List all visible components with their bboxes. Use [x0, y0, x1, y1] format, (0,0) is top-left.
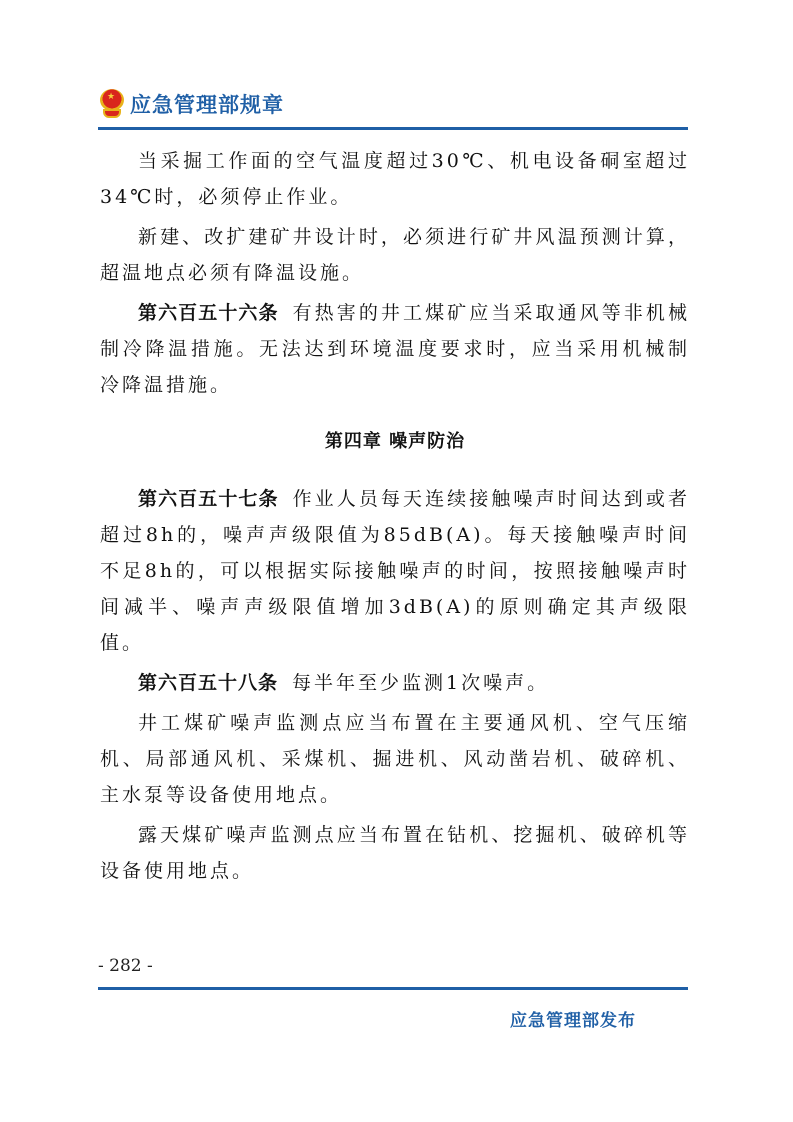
page-header: ★ 应急管理部规章	[98, 86, 284, 122]
footer-divider	[98, 987, 688, 990]
article-number: 第六百五十八条	[138, 672, 278, 694]
article-number: 第六百五十六条	[138, 302, 279, 324]
chapter-heading: 第四章 噪声防治	[100, 424, 690, 460]
header-title: 应急管理部规章	[130, 89, 284, 119]
article-657: 第六百五十七条作业人员每天连续接触噪声时间达到或者超过8h的，噪声声级限值为85…	[100, 481, 690, 661]
national-emblem-icon: ★	[98, 89, 126, 119]
paragraph: 井工煤矿噪声监测点应当布置在主要通风机、空气压缩机、局部通风机、采煤机、掘进机、…	[100, 705, 690, 813]
article-number: 第六百五十七条	[138, 488, 279, 510]
article-656: 第六百五十六条有热害的井工煤矿应当采取通风等非机械制冷降温措施。无法达到环境温度…	[100, 295, 690, 403]
document-body: 当采掘工作面的空气温度超过30℃、机电设备硐室超过34℃时，必须停止作业。 新建…	[100, 143, 690, 893]
paragraph: 当采掘工作面的空气温度超过30℃、机电设备硐室超过34℃时，必须停止作业。	[100, 143, 690, 215]
article-658: 第六百五十八条每半年至少监测1次噪声。	[100, 665, 690, 701]
paragraph: 新建、改扩建矿井设计时，必须进行矿井风温预测计算，超温地点必须有降温设施。	[100, 219, 690, 291]
publisher-label: 应急管理部发布	[510, 1006, 636, 1031]
paragraph: 露天煤矿噪声监测点应当布置在钻机、挖掘机、破碎机等设备使用地点。	[100, 817, 690, 889]
header-divider	[98, 127, 688, 130]
page-number: - 282 -	[98, 956, 153, 976]
